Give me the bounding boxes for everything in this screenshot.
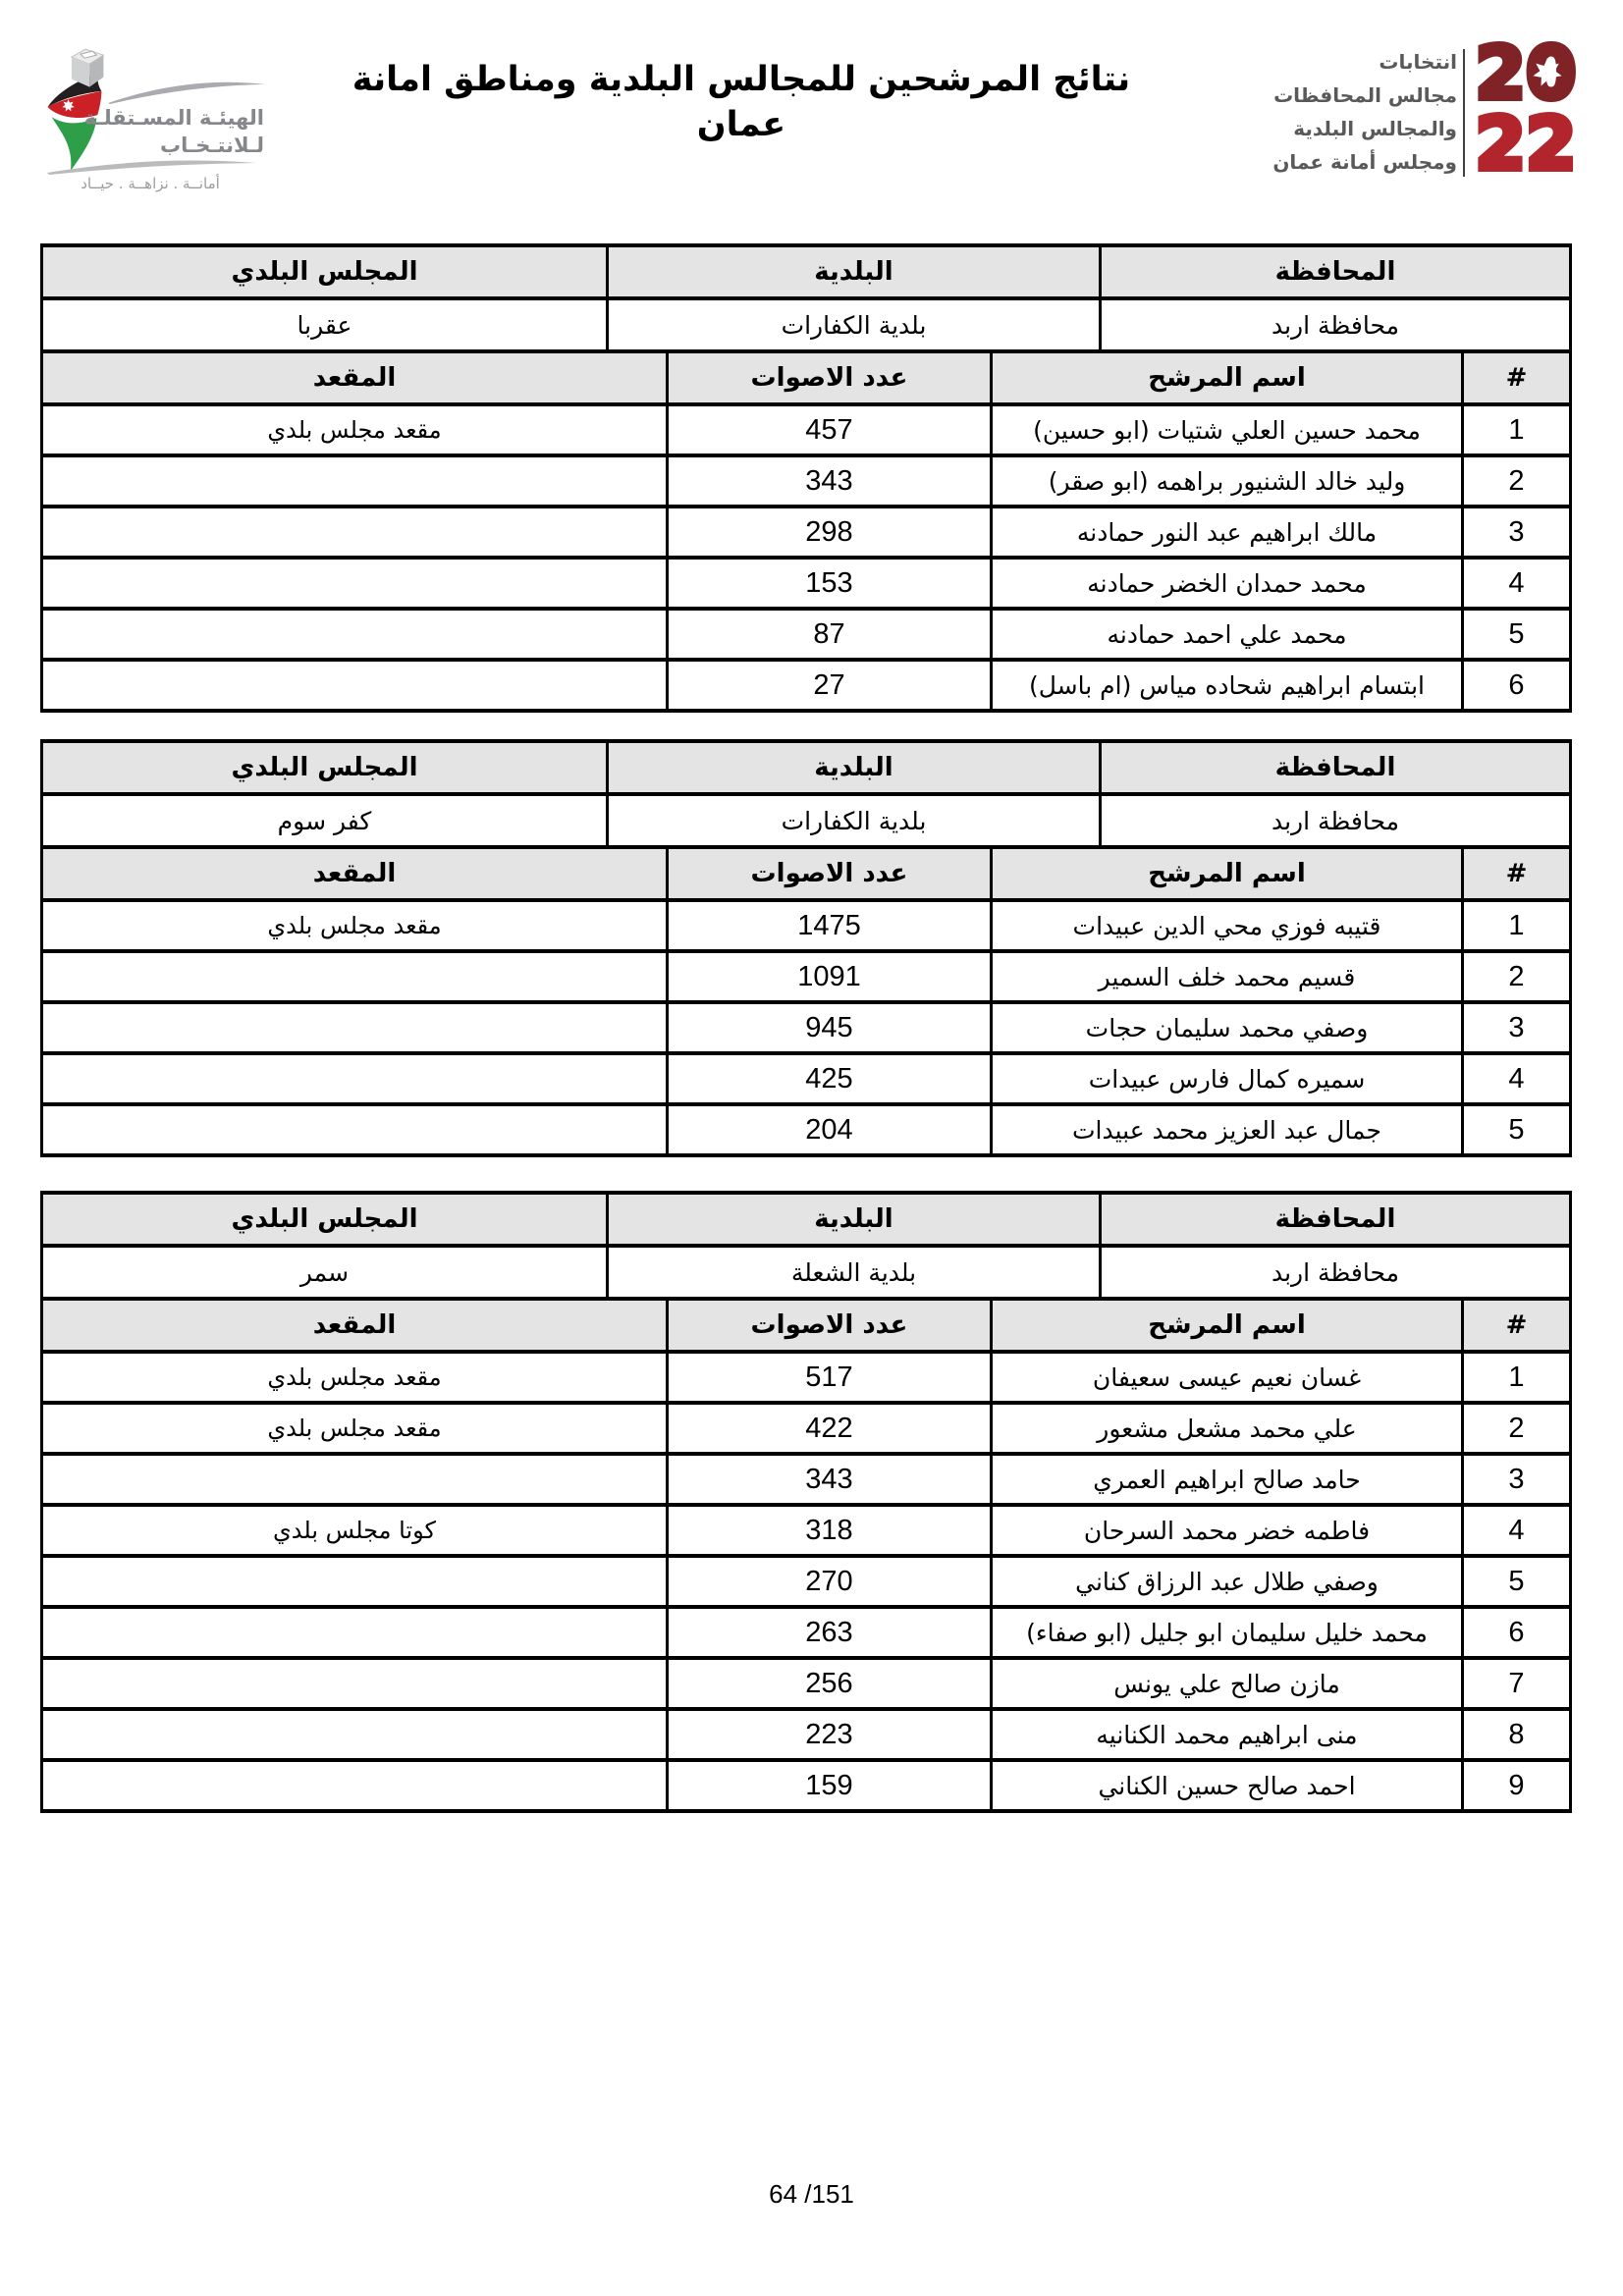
municipality-value: بلدية الكفارات <box>608 298 1101 351</box>
candidate-name-cell: علي محمد مشعل مشعور <box>992 1403 1463 1454</box>
rank-cell: 6 <box>1463 660 1571 711</box>
seat-cell <box>42 558 668 609</box>
rank-header: # <box>1463 353 1571 404</box>
candidate-row: 4فاطمه خضر محمد السرحان318كوتا مجلس بلدي <box>42 1505 1571 1556</box>
municipality-header: البلدية <box>608 1193 1101 1246</box>
seat-cell <box>42 660 668 711</box>
e22-line4: ومجلس أمانة عمان <box>1298 145 1457 179</box>
votes-cell: 298 <box>668 507 992 558</box>
seat-cell: مقعد مجلس بلدي <box>42 1403 668 1454</box>
iec-tagline: أمانــة . نزاهــة . حيــاد <box>37 175 263 192</box>
candidate-name-cell: محمد خليل سليمان ابو جليل (ابو صفاء) <box>992 1607 1463 1658</box>
candidate-row: 4محمد حمدان الخضر حمادنه153 <box>42 558 1571 609</box>
seat-header: المقعد <box>42 849 668 900</box>
votes-cell: 343 <box>668 1454 992 1505</box>
rank-cell: 4 <box>1463 1505 1571 1556</box>
rank-cell: 4 <box>1463 1053 1571 1104</box>
candidate-row: 3حامد صالح ابراهيم العمري343 <box>42 1454 1571 1505</box>
municipality-header: البلدية <box>608 245 1101 298</box>
candidate-name-cell: وصفي محمد سليمان حجات <box>992 1002 1463 1053</box>
iec-logo: الهيئـة المسـتقلـة لـلانتـخـاب أمانــة .… <box>37 41 268 196</box>
candidate-row: 6محمد خليل سليمان ابو جليل (ابو صفاء)263 <box>42 1607 1571 1658</box>
region-table: المحافظة البلدية المجلس البلدي محافظة ار… <box>40 1191 1572 1301</box>
seat-cell <box>42 1709 668 1760</box>
rank-cell: 5 <box>1463 1104 1571 1155</box>
rank-cell: 9 <box>1463 1760 1571 1811</box>
rank-cell: 1 <box>1463 1352 1571 1403</box>
votes-cell: 1091 <box>668 951 992 1002</box>
candidate-row: 2وليد خالد الشنيور براهمه (ابو صقر)343 <box>42 455 1571 507</box>
ballot-box-icon <box>72 49 104 87</box>
rank-cell: 2 <box>1463 1403 1571 1454</box>
e22-line3: والمجالس البلدية <box>1298 112 1457 145</box>
candidate-header: اسم المرشح <box>992 353 1463 404</box>
rank-header: # <box>1463 1301 1571 1352</box>
council-value: عقربا <box>42 298 608 351</box>
votes-cell: 343 <box>668 455 992 507</box>
region-table: المحافظة البلدية المجلس البلدي محافظة ار… <box>40 243 1572 353</box>
candidate-name-cell: حامد صالح ابراهيم العمري <box>992 1454 1463 1505</box>
rank-cell: 7 <box>1463 1658 1571 1709</box>
candidate-row: 1قتيبه فوزي محي الدين عبيدات1475مقعد مجل… <box>42 900 1571 951</box>
candidate-name-cell: غسان نعيم عيسى سعيفان <box>992 1352 1463 1403</box>
candidate-row: 7مازن صالح علي يونس256 <box>42 1658 1571 1709</box>
rank-cell: 1 <box>1463 900 1571 951</box>
seat-cell: كوتا مجلس بلدي <box>42 1505 668 1556</box>
seat-cell <box>42 1556 668 1607</box>
seat-cell <box>42 507 668 558</box>
seat-cell <box>42 1053 668 1104</box>
seat-cell <box>42 1760 668 1811</box>
rank-cell: 5 <box>1463 609 1571 660</box>
rank-cell: 3 <box>1463 1002 1571 1053</box>
candidate-row: 5وصفي طلال عبد الرزاق كناني270 <box>42 1556 1571 1607</box>
votes-cell: 87 <box>668 609 992 660</box>
votes-cell: 256 <box>668 1658 992 1709</box>
elections-2022-text: انتخابات مجالس المحافظات والمجالس البلدي… <box>1298 45 1457 179</box>
region-table: المحافظة البلدية المجلس البلدي محافظة ار… <box>40 739 1572 849</box>
governorate-value: محافظة اربد <box>1101 794 1571 847</box>
seat-cell <box>42 951 668 1002</box>
votes-header: عدد الاصوات <box>668 849 992 900</box>
candidate-name-cell: سميره كمال فارس عبيدات <box>992 1053 1463 1104</box>
rank-cell: 2 <box>1463 455 1571 507</box>
candidate-row: 5جمال عبد العزيز محمد عبيدات204 <box>42 1104 1571 1155</box>
seat-header: المقعد <box>42 1301 668 1352</box>
votes-cell: 159 <box>668 1760 992 1811</box>
votes-cell: 153 <box>668 558 992 609</box>
rank-cell: 8 <box>1463 1709 1571 1760</box>
elections-2022-logo: انتخابات مجالس المحافظات والمجالس البلدي… <box>1298 37 1583 189</box>
candidate-name-cell: منى ابراهيم محمد الكنانيه <box>992 1709 1463 1760</box>
iec-name-line1: الهيئـة المسـتقلـة <box>91 106 264 130</box>
result-group-3: المحافظة البلدية المجلس البلدي محافظة ار… <box>43 1191 1572 1813</box>
seat-cell <box>42 609 668 660</box>
rank-cell: 5 <box>1463 1556 1571 1607</box>
council-header: المجلس البلدي <box>42 741 608 794</box>
candidate-row: 4سميره كمال فارس عبيدات425 <box>42 1053 1571 1104</box>
council-header: المجلس البلدي <box>42 245 608 298</box>
governorate-header: المحافظة <box>1101 741 1571 794</box>
result-group-2: المحافظة البلدية المجلس البلدي محافظة ار… <box>43 739 1572 1157</box>
candidate-header: اسم المرشح <box>992 849 1463 900</box>
votes-header: عدد الاصوات <box>668 353 992 404</box>
governorate-header: المحافظة <box>1101 1193 1571 1246</box>
candidate-name-cell: مازن صالح علي يونس <box>992 1658 1463 1709</box>
candidate-row: 1محمد حسين العلي شتيات (ابو حسين)457مقعد… <box>42 404 1571 455</box>
candidate-row: 2قسيم محمد خلف السمير1091 <box>42 951 1571 1002</box>
rank-header: # <box>1463 849 1571 900</box>
seat-header: المقعد <box>42 353 668 404</box>
votes-cell: 263 <box>668 1607 992 1658</box>
seat-cell: مقعد مجلس بلدي <box>42 1352 668 1403</box>
council-value: سمر <box>42 1246 608 1299</box>
seat-cell <box>42 1658 668 1709</box>
candidate-name-cell: وليد خالد الشنيور براهمه (ابو صقر) <box>992 455 1463 507</box>
seat-cell <box>42 1607 668 1658</box>
candidate-name-cell: محمد حمدان الخضر حمادنه <box>992 558 1463 609</box>
result-group-1: المحافظة البلدية المجلس البلدي محافظة ار… <box>43 243 1572 713</box>
candidate-row: 6ابتسام ابراهيم شحاده مياس (ام باسل)27 <box>42 660 1571 711</box>
candidates-table: # اسم المرشح عدد الاصوات المقعد 1قتيبه ف… <box>40 849 1572 1157</box>
rank-cell: 3 <box>1463 1454 1571 1505</box>
candidate-name-cell: فاطمه خضر محمد السرحان <box>992 1505 1463 1556</box>
candidate-row: 1غسان نعيم عيسى سعيفان517مقعد مجلس بلدي <box>42 1352 1571 1403</box>
candidate-row: 3وصفي محمد سليمان حجات945 <box>42 1002 1571 1053</box>
iec-name-line2: لـلانتـخـاب <box>91 133 264 157</box>
votes-cell: 425 <box>668 1053 992 1104</box>
municipality-header: البلدية <box>608 741 1101 794</box>
page-title: نتائج المرشحين للمجالس البلدية ومناطق ام… <box>324 57 1159 147</box>
votes-cell: 945 <box>668 1002 992 1053</box>
votes-header: عدد الاصوات <box>668 1301 992 1352</box>
council-header: المجلس البلدي <box>42 1193 608 1246</box>
year-bottom: 22 <box>1476 102 1577 187</box>
governorate-value: محافظة اربد <box>1101 298 1571 351</box>
candidates-table: # اسم المرشح عدد الاصوات المقعد 1محمد حس… <box>40 353 1572 713</box>
seat-cell: مقعد مجلس بلدي <box>42 404 668 455</box>
candidate-name-cell: احمد صالح حسين الكناني <box>992 1760 1463 1811</box>
candidate-header: اسم المرشح <box>992 1301 1463 1352</box>
candidate-name-cell: ابتسام ابراهيم شحاده مياس (ام باسل) <box>992 660 1463 711</box>
divider-line <box>1463 49 1465 177</box>
votes-cell: 457 <box>668 404 992 455</box>
candidate-name-cell: محمد علي احمد حمادنه <box>992 609 1463 660</box>
candidate-row: 8منى ابراهيم محمد الكنانيه223 <box>42 1709 1571 1760</box>
candidate-name-cell: قسيم محمد خلف السمير <box>992 951 1463 1002</box>
page-number: 64 /151 <box>0 2179 1623 2210</box>
rank-cell: 3 <box>1463 507 1571 558</box>
votes-cell: 1475 <box>668 900 992 951</box>
votes-cell: 270 <box>668 1556 992 1607</box>
year-2022-graphic: 20 22 <box>1471 37 1581 187</box>
candidate-row: 2علي محمد مشعل مشعور422مقعد مجلس بلدي <box>42 1403 1571 1454</box>
candidates-table: # اسم المرشح عدد الاصوات المقعد 1غسان نع… <box>40 1301 1572 1813</box>
votes-cell: 27 <box>668 660 992 711</box>
e22-line2: مجالس المحافظات <box>1298 79 1457 112</box>
page: { "page": { "title": "نتائج المرشحين للم… <box>0 0 1623 2296</box>
candidate-name-cell: قتيبه فوزي محي الدين عبيدات <box>992 900 1463 951</box>
swoosh-line-bottom <box>47 159 258 175</box>
rank-cell: 4 <box>1463 558 1571 609</box>
governorate-value: محافظة اربد <box>1101 1246 1571 1299</box>
rank-cell: 2 <box>1463 951 1571 1002</box>
votes-cell: 204 <box>668 1104 992 1155</box>
candidate-name-cell: محمد حسين العلي شتيات (ابو حسين) <box>992 404 1463 455</box>
seat-cell <box>42 1454 668 1505</box>
votes-cell: 517 <box>668 1352 992 1403</box>
rank-cell: 6 <box>1463 1607 1571 1658</box>
candidate-row: 9احمد صالح حسين الكناني159 <box>42 1760 1571 1811</box>
seat-cell <box>42 1104 668 1155</box>
candidate-row: 5محمد علي احمد حمادنه87 <box>42 609 1571 660</box>
swoosh-line-top <box>108 79 267 104</box>
candidate-name-cell: وصفي طلال عبد الرزاق كناني <box>992 1556 1463 1607</box>
municipality-value: بلدية الكفارات <box>608 794 1101 847</box>
governorate-header: المحافظة <box>1101 245 1571 298</box>
seat-cell <box>42 1002 668 1053</box>
municipality-value: بلدية الشعلة <box>608 1246 1101 1299</box>
rank-cell: 1 <box>1463 404 1571 455</box>
council-value: كفر سوم <box>42 794 608 847</box>
votes-cell: 223 <box>668 1709 992 1760</box>
seat-cell <box>42 455 668 507</box>
candidate-name-cell: جمال عبد العزيز محمد عبيدات <box>992 1104 1463 1155</box>
candidate-name-cell: مالك ابراهيم عبد النور حمادنه <box>992 507 1463 558</box>
votes-cell: 422 <box>668 1403 992 1454</box>
e22-line1: انتخابات <box>1298 45 1457 79</box>
candidate-row: 3مالك ابراهيم عبد النور حمادنه298 <box>42 507 1571 558</box>
seat-cell: مقعد مجلس بلدي <box>42 900 668 951</box>
votes-cell: 318 <box>668 1505 992 1556</box>
